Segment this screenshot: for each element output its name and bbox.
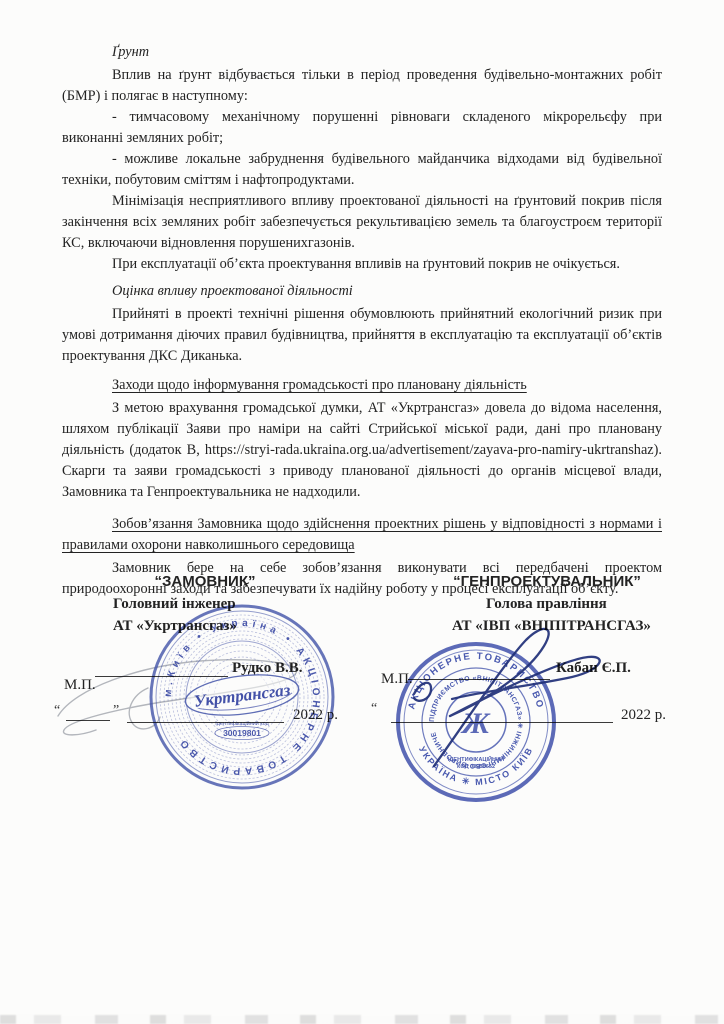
designer-date-quote-open: “ xyxy=(371,701,377,717)
designer-date-line xyxy=(391,722,613,723)
designer-role-title: “ГЕНПРОЕКТУВАЛЬНИК” xyxy=(442,573,652,590)
designer-signer-name: Кабан Є.П. xyxy=(556,660,631,677)
scanned-document-page: Ґрунт Вплив на ґрунт відбувається тільки… xyxy=(0,0,724,1024)
designer-seal-label: М.П. xyxy=(381,671,413,688)
designer-signature-line xyxy=(408,679,550,680)
designer-position-line2: АТ «ІВП «ВНІПІТРАНСГАЗ» xyxy=(452,618,651,635)
customer-year-label: 2022 р. xyxy=(293,707,338,724)
customer-position-line1: Головний інженер xyxy=(113,596,236,613)
customer-date-day-line xyxy=(66,720,110,721)
customer-date-quote-open: “ xyxy=(54,703,60,719)
customer-signature-line xyxy=(95,676,228,677)
customer-date-month-line xyxy=(127,722,284,723)
designer-position-line1: Голова правління xyxy=(486,596,607,613)
designer-year-label: 2022 р. xyxy=(621,707,666,724)
scan-artifact-bottom-edge xyxy=(0,1015,724,1024)
customer-role-title: “ЗАМОВНИК” xyxy=(110,573,300,590)
customer-position-line2: АТ «Укртрансгаз» xyxy=(113,618,237,635)
customer-seal-label: М.П. xyxy=(64,677,96,694)
customer-date-quote-close: ” xyxy=(113,703,119,719)
customer-signer-name: Рудко В.В. xyxy=(232,660,303,677)
signature-section: “ЗАМОВНИК” Головний інженер АТ «Укртранс… xyxy=(0,0,724,1024)
